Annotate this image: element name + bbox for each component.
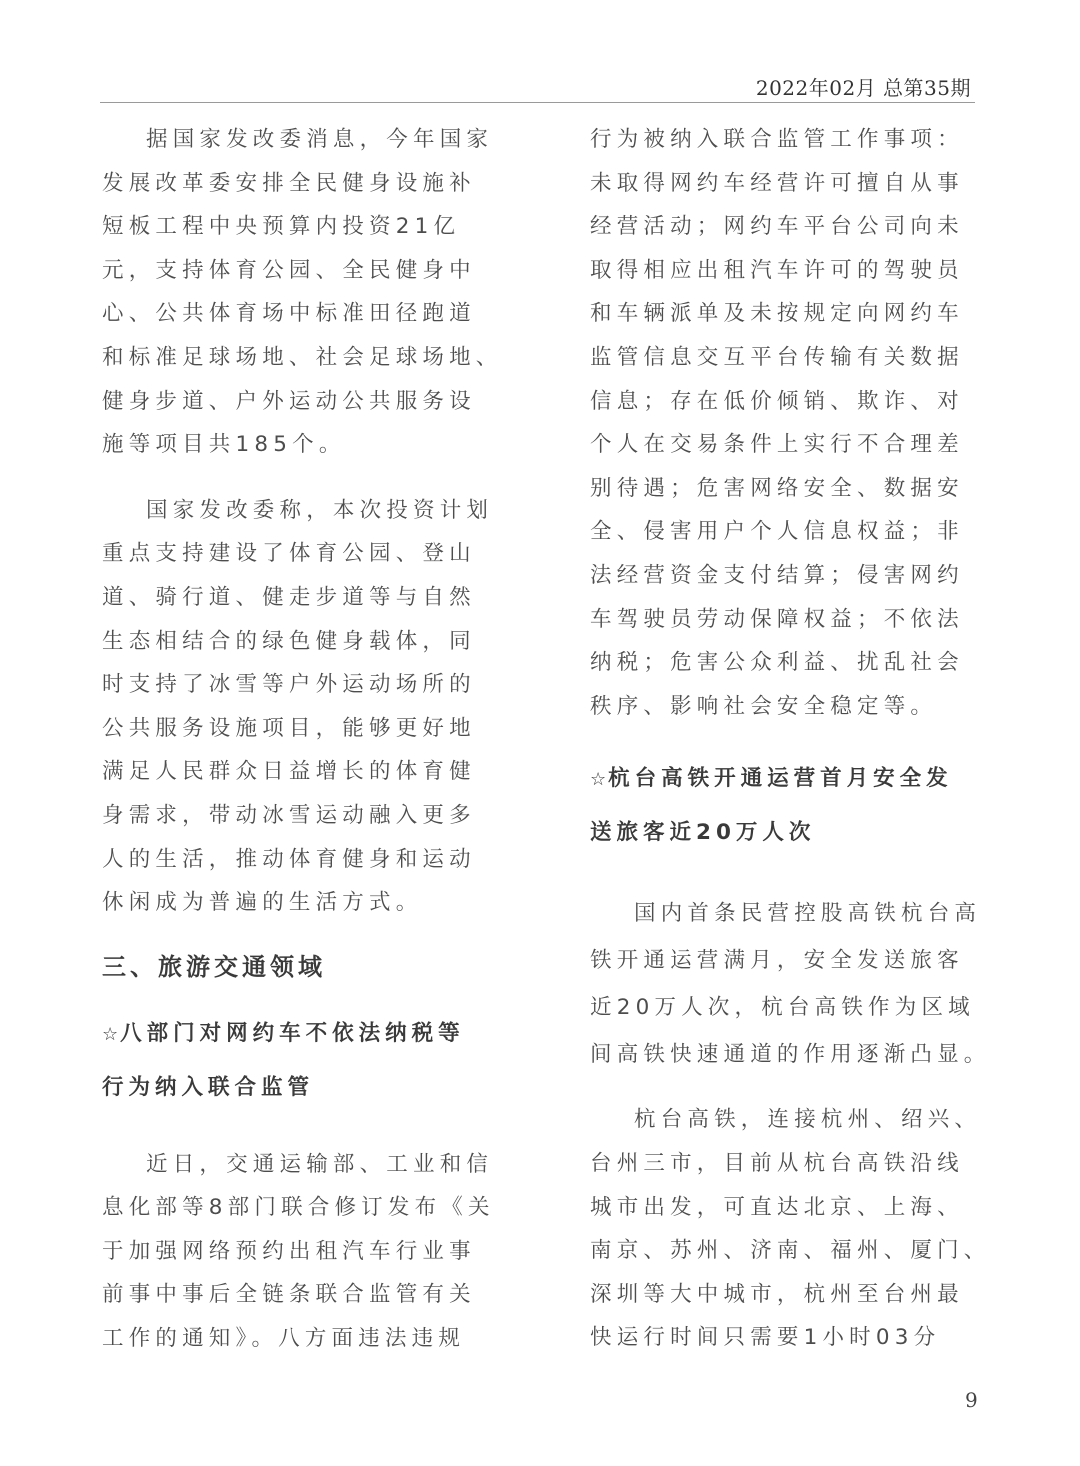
section-gap bbox=[102, 925, 492, 937]
text-line: 近20万人次，杭台高铁作为区域 bbox=[590, 984, 980, 1031]
subhead-line: 送旅客近20万人次 bbox=[590, 806, 980, 860]
paragraph-gap bbox=[590, 728, 980, 752]
right-column: 行为被纳入联合监管工作事项： 未取得网约车经营许可擅自从事 经营活动；网约车平台… bbox=[590, 118, 980, 1360]
text-line: 道、骑行道、健走步道等与自然 bbox=[102, 576, 492, 620]
paragraph-hangtai-intro: 国内首条民营控股高铁杭台高 铁开通运营满月，安全发送旅客 近20万人次，杭台高铁… bbox=[590, 890, 980, 1078]
text-line: 杭台高铁，连接杭州、绍兴、 bbox=[590, 1098, 980, 1142]
text-line: 车驾驶员劳动保障权益；不依法 bbox=[590, 598, 980, 642]
text-line: 于加强网络预约出租汽车行业事 bbox=[102, 1230, 492, 1274]
text-line: 秩序、影响社会安全稳定等。 bbox=[590, 685, 980, 729]
text-line: 纳税；危害公众利益、扰乱社会 bbox=[590, 641, 980, 685]
left-column: 据国家发改委消息，今年国家 发展改革委安排全民健身设施补 短板工程中央预算内投资… bbox=[102, 118, 492, 1361]
star-icon: ☆ bbox=[102, 1024, 120, 1045]
section-title: 三、旅游交通领域 bbox=[102, 937, 492, 997]
paragraph-hangtai-connections: 杭台高铁，连接杭州、绍兴、 台州三市，目前从杭台高铁沿线 城市出发，可直达北京、… bbox=[590, 1098, 980, 1360]
text-line: 生态相结合的绿色健身载体，同 bbox=[102, 620, 492, 664]
issue-info: 2022年02月 总第35期 bbox=[756, 72, 971, 101]
page-header: 2022年02月 总第35期 bbox=[100, 70, 975, 103]
subhead-text: 杭台高铁开通运营首月安全发 bbox=[608, 766, 953, 791]
text-line: 短板工程中央预算内投资21亿 bbox=[102, 205, 492, 249]
text-line: 经营活动；网约车平台公司向未 bbox=[590, 205, 980, 249]
text-line: 近日，交通运输部、工业和信 bbox=[102, 1143, 492, 1187]
text-line: 心、公共体育场中标准田径跑道 bbox=[102, 292, 492, 336]
text-line: 施等项目共185个。 bbox=[102, 423, 492, 467]
text-line: 时支持了冰雪等户外运动场所的 bbox=[102, 663, 492, 707]
text-line: 息化部等8部门联合修订发布《关 bbox=[102, 1186, 492, 1230]
text-line: 人的生活，推动体育健身和运动 bbox=[102, 838, 492, 882]
text-line: 全、侵害用户个人信息权益；非 bbox=[590, 510, 980, 554]
text-line: 满足人民群众日益增长的体育健 bbox=[102, 750, 492, 794]
text-line: 城市出发，可直达北京、上海、 bbox=[590, 1186, 980, 1230]
subhead-ride-hailing: ☆八部门对网约车不依法纳税等 行为纳入联合监管 bbox=[102, 1007, 492, 1115]
subhead-text: 八部门对网约车不依法纳税等 bbox=[120, 1021, 465, 1046]
text-line: 健身步道、户外运动公共服务设 bbox=[102, 380, 492, 424]
text-line: 间高铁快速通道的作用逐渐凸显。 bbox=[590, 1031, 980, 1078]
paragraph-gap bbox=[590, 1078, 980, 1098]
text-line: 元，支持体育公园、全民健身中 bbox=[102, 249, 492, 293]
text-line: 快运行时间只需要1小时03分 bbox=[590, 1316, 980, 1360]
text-line: 和标准足球场地、社会足球场地、 bbox=[102, 336, 492, 380]
text-line: 取得相应出租汽车许可的驾驶员 bbox=[590, 249, 980, 293]
text-line: 身需求，带动冰雪运动融入更多 bbox=[102, 794, 492, 838]
text-line: 法经营资金支付结算；侵害网约 bbox=[590, 554, 980, 598]
text-line: 据国家发改委消息，今年国家 bbox=[102, 118, 492, 162]
text-line: 台州三市，目前从杭台高铁沿线 bbox=[590, 1142, 980, 1186]
paragraph-investment: 据国家发改委消息，今年国家 发展改革委安排全民健身设施补 短板工程中央预算内投资… bbox=[102, 118, 492, 467]
paragraph-gap bbox=[102, 1115, 492, 1143]
paragraph-gap bbox=[590, 860, 980, 890]
text-line: 国内首条民营控股高铁杭台高 bbox=[590, 890, 980, 937]
text-line: 个人在交易条件上实行不合理差 bbox=[590, 423, 980, 467]
text-line: 前事中事后全链条联合监管有关 bbox=[102, 1273, 492, 1317]
text-line: 别待遇；危害网络安全、数据安 bbox=[590, 467, 980, 511]
section-gap bbox=[102, 997, 492, 1007]
text-line: 工作的通知》。八方面违法违规 bbox=[102, 1317, 492, 1361]
text-line: 南京、苏州、济南、福州、厦门、 bbox=[590, 1229, 980, 1273]
paragraph-gap bbox=[102, 467, 492, 489]
text-line: 未取得网约车经营许可擅自从事 bbox=[590, 162, 980, 206]
subhead-line: 行为纳入联合监管 bbox=[102, 1061, 492, 1115]
text-line: 监管信息交互平台传输有关数据 bbox=[590, 336, 980, 380]
subhead-line: ☆八部门对网约车不依法纳税等 bbox=[102, 1007, 492, 1061]
text-line: 行为被纳入联合监管工作事项： bbox=[590, 118, 980, 162]
subhead-hangtai-railway: ☆杭台高铁开通运营首月安全发 送旅客近20万人次 bbox=[590, 752, 980, 860]
paragraph-focus: 国家发改委称，本次投资计划 重点支持建设了体育公园、登山 道、骑行道、健走步道等… bbox=[102, 489, 492, 925]
text-line: 公共服务设施项目，能够更好地 bbox=[102, 707, 492, 751]
subhead-line: ☆杭台高铁开通运营首月安全发 bbox=[590, 752, 980, 806]
text-line: 和车辆派单及未按规定向网约车 bbox=[590, 292, 980, 336]
text-line: 休闲成为普遍的生活方式。 bbox=[102, 881, 492, 925]
paragraph-ride-hailing: 近日，交通运输部、工业和信 息化部等8部门联合修订发布《关 于加强网络预约出租汽… bbox=[102, 1143, 492, 1361]
text-line: 深圳等大中城市，杭州至台州最 bbox=[590, 1273, 980, 1317]
text-line: 国家发改委称，本次投资计划 bbox=[102, 489, 492, 533]
text-line: 信息；存在低价倾销、欺诈、对 bbox=[590, 380, 980, 424]
paragraph-ride-hailing-continued: 行为被纳入联合监管工作事项： 未取得网约车经营许可擅自从事 经营活动；网约车平台… bbox=[590, 118, 980, 728]
text-line: 铁开通运营满月，安全发送旅客 bbox=[590, 937, 980, 984]
text-line: 重点支持建设了体育公园、登山 bbox=[102, 532, 492, 576]
text-line: 发展改革委安排全民健身设施补 bbox=[102, 162, 492, 206]
page-number: 9 bbox=[965, 1388, 978, 1412]
star-icon: ☆ bbox=[590, 769, 608, 790]
